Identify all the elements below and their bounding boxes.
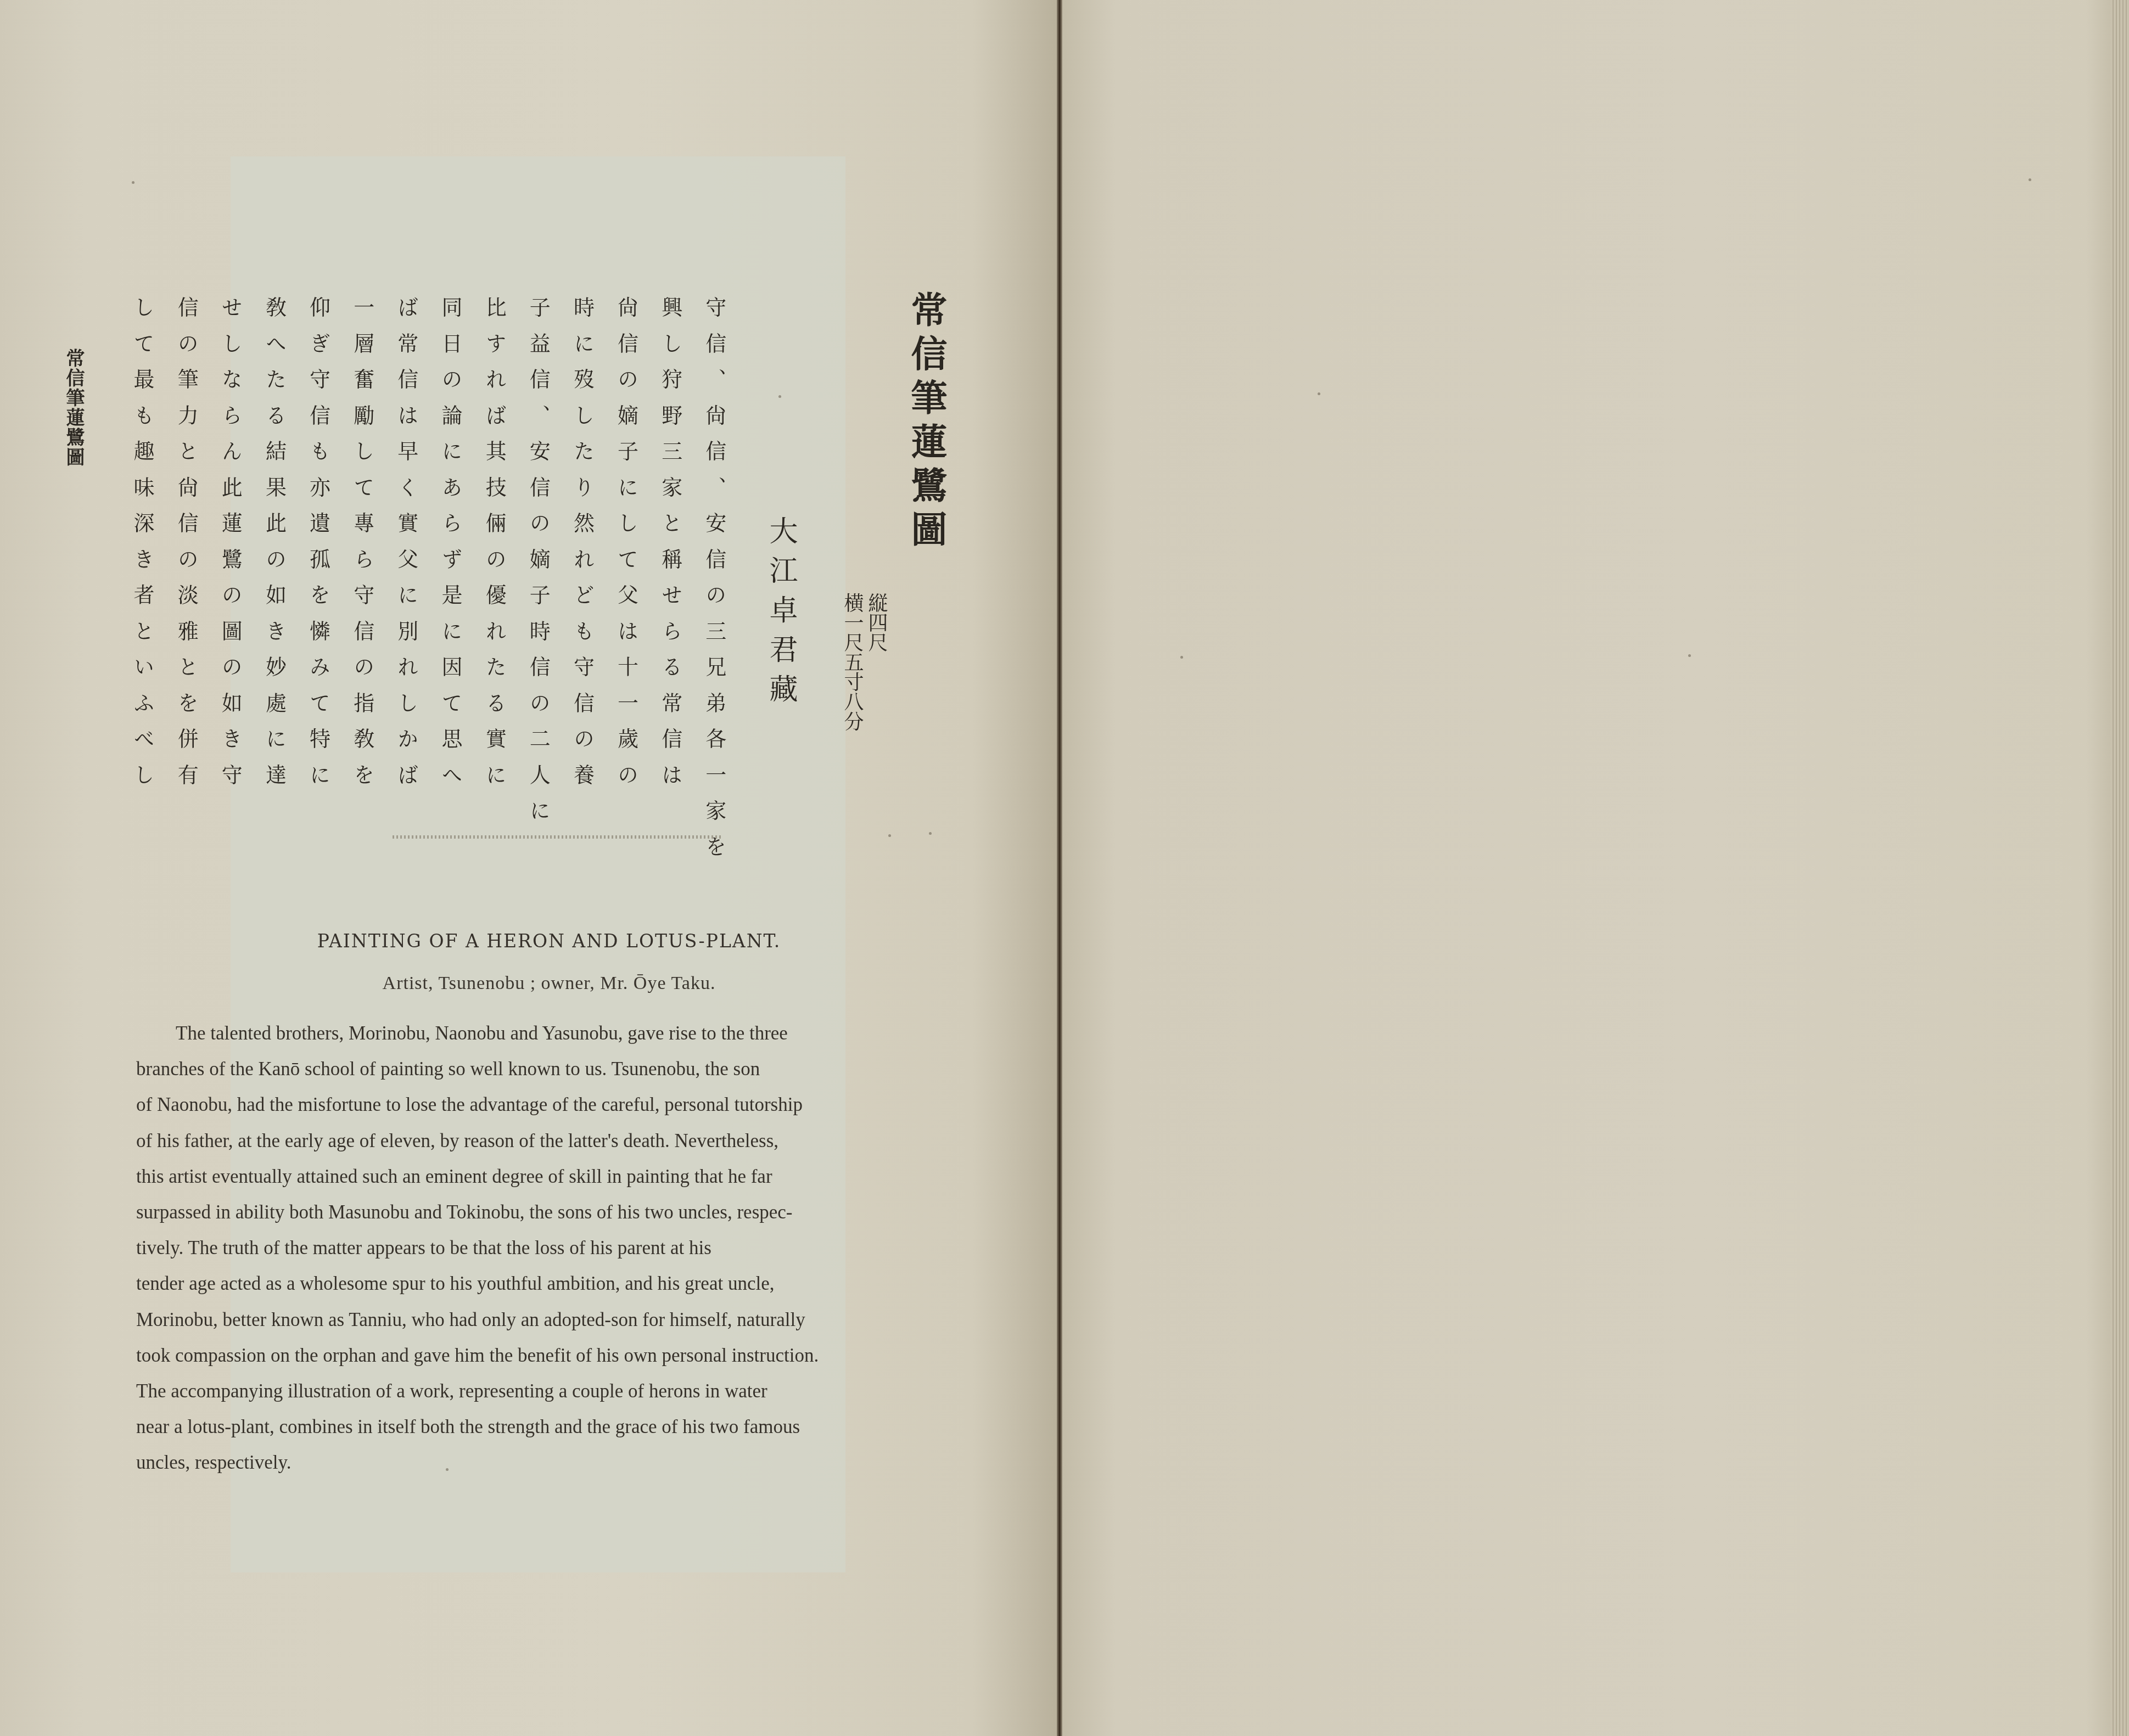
page-edges [2110,0,2129,1736]
jp-column: 興し狩野三家と稱せらる常信は [660,296,681,763]
paper-speck [1688,654,1691,657]
jp-column: 尙信の嫡子にして父は十一歲の [616,296,637,763]
book-spread: 常信筆蓮鷺圖 常信筆蓮鷺圖 縦四尺 横一尺五寸八分 大江卓君藏 守信、尙信、安信… [0,0,2129,1736]
text-line: tender age acted as a wholesome spur to … [136,1266,968,1301]
paper-speck [1180,656,1183,659]
jp-column: せしならん此蓮鷺の圖の如き守 [220,296,240,763]
text-line: took compassion on the orphan and gave h… [136,1338,968,1373]
paper-speck [778,395,781,398]
jp-column: 守信、尙信、安信の三兄弟各一家を [704,296,725,763]
text-line: this artist eventually attained such an … [136,1159,968,1194]
jp-column: 子益信、安信の嫡子時信の二人に [528,296,548,763]
jp-column: ば常信は早く實父に別れしかば [396,296,417,763]
left-page: 常信筆蓮鷺圖 常信筆蓮鷺圖 縦四尺 横一尺五寸八分 大江卓君藏 守信、尙信、安信… [0,0,1057,1736]
text-line: Morinobu, better known as Tanniu, who ha… [136,1302,968,1338]
text-line: The accompanying illustration of a work,… [136,1373,968,1409]
jp-column: 同日の論にあらず是に因て思へ [440,296,461,763]
painting-dimensions: 縦四尺 横一尺五寸八分 [840,593,888,731]
english-subtitle: Artist, Tsunenobu ; owner, Mr. Ōye Taku. [132,973,966,994]
paper-speck [2029,178,2031,181]
jp-column: 仰ぎ守信も亦遺孤を憐みて特に [308,296,329,763]
text-line: of Naonobu, had the misfortune to lose t… [136,1087,968,1122]
jp-column: 敎へたる結果此の如き妙處に達 [264,296,284,763]
section-divider [393,835,722,839]
running-head: 常信筆蓮鷺圖 [60,349,87,467]
english-body-text: The talented brothers, Morinobu, Naonobu… [136,1015,968,1480]
text-line: uncles, respectively. [136,1445,968,1480]
dimension-height: 縦四尺 [864,593,888,731]
paper-speck [446,1468,449,1471]
text-line: tively. The truth of the matter appears … [136,1230,968,1266]
text-line: near a lotus-plant, combines in itself b… [136,1409,968,1445]
book-spine [1057,0,1062,1736]
jp-column: 信の筆力と尙信の淡雅とを併有 [176,296,197,763]
jp-column: 比すれば其技倆の優れたる實に [484,296,505,763]
dimension-width: 横一尺五寸八分 [840,593,864,731]
right-page-blank [1062,0,2129,1736]
paper-speck [132,181,135,184]
english-title: PAINTING OF A HERON AND LOTUS-PLANT. [132,930,966,952]
text-line: surpassed in ability both Masunobu and T… [136,1194,968,1230]
paper-speck [888,834,891,837]
text-line: The talented brothers, Morinobu, Naonobu… [136,1015,968,1051]
paper-speck [929,832,932,835]
jp-column: 時に歿したり然れども守信の養 [572,296,592,763]
jp-column: 一層奮勵して專ら守信の指敎を [352,296,373,763]
japanese-title: 常信筆蓮鷺圖 [900,291,953,554]
text-line: branches of the Kanō school of painting … [136,1051,968,1087]
paper-speck [1318,392,1320,395]
text-line: of his father, at the early age of eleve… [136,1123,968,1159]
owner-credit: 大江卓君藏 [760,516,802,713]
japanese-body-text: 守信、尙信、安信の三兄弟各一家を 興し狩野三家と稱せらる常信は 尙信の嫡子にして… [132,296,725,763]
jp-column: して最も趣味深き者といふべし [132,296,153,763]
